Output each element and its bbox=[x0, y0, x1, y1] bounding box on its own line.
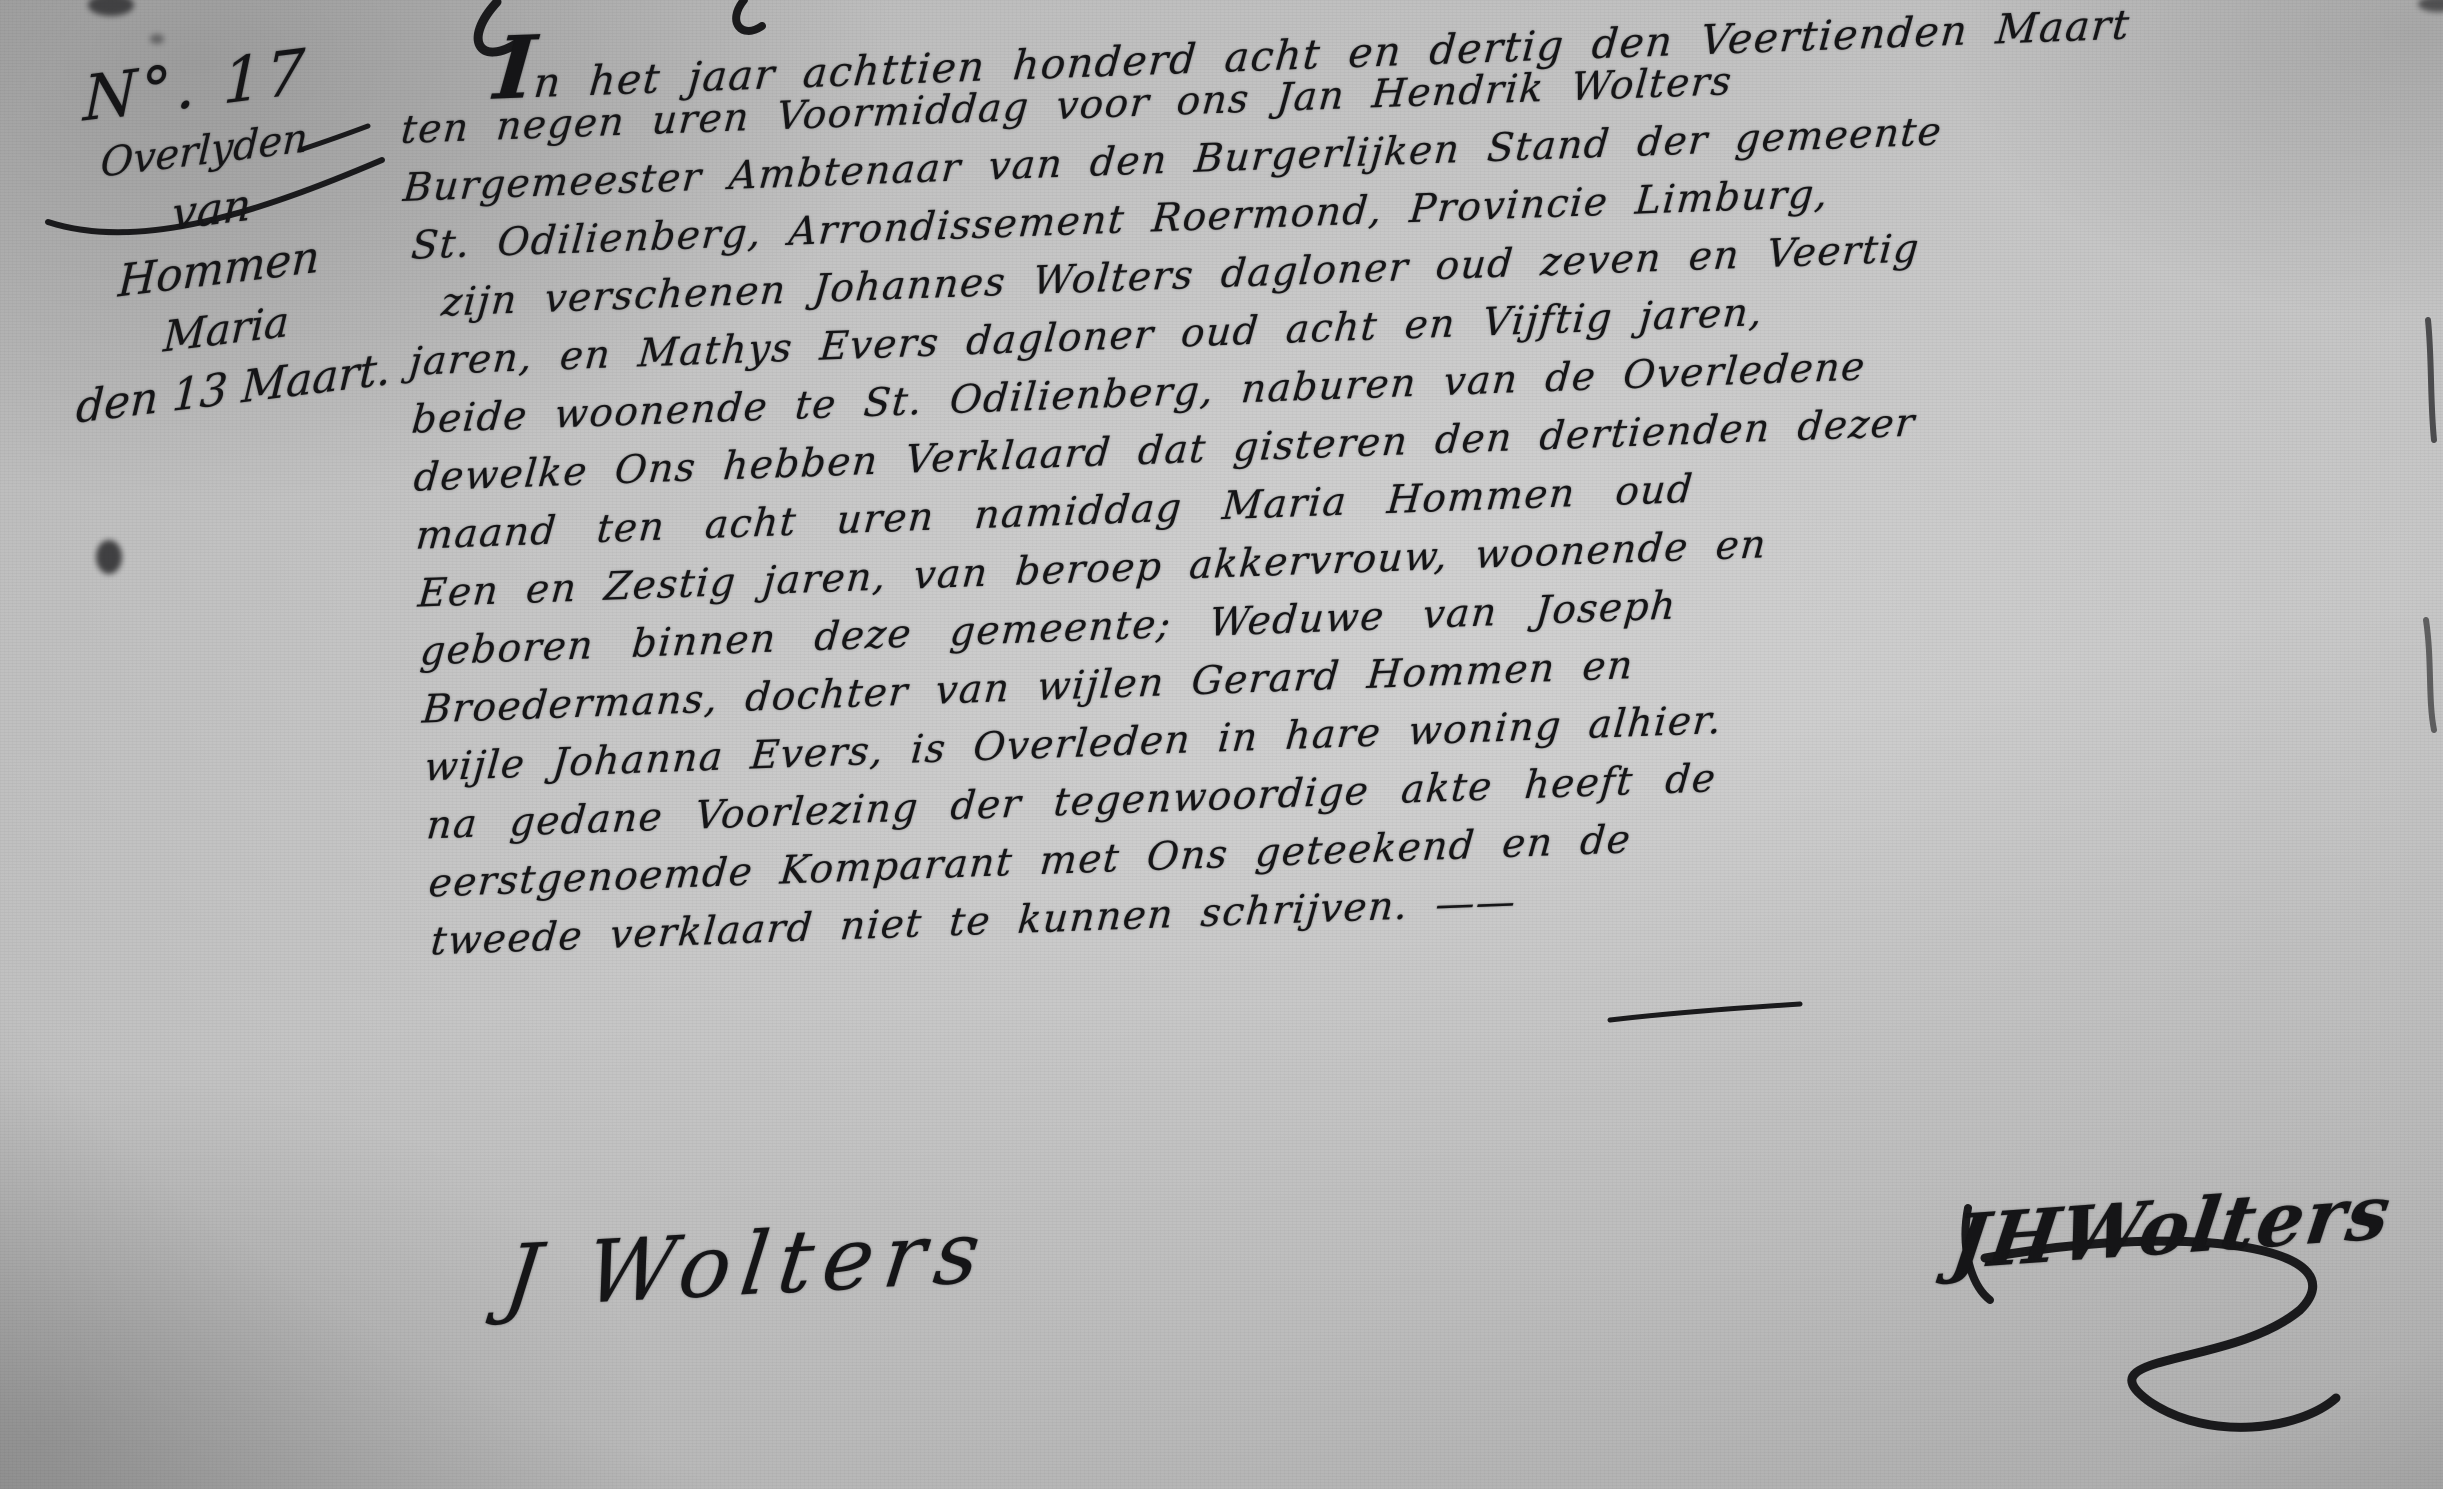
official-signature: JHWolters bbox=[1946, 1169, 2397, 1287]
margin-annotation: N°. 17 Overlyden van Hommen Maria den 13… bbox=[18, 27, 411, 440]
manuscript-body: In het jaar achttien honderd acht en der… bbox=[398, 0, 2443, 971]
witness-signature: J Wolters bbox=[499, 1202, 995, 1328]
ink-blot bbox=[150, 34, 164, 44]
ink-blot bbox=[96, 540, 122, 574]
scanned-death-record-page: { "doc": { "kind_label": "handwritten de… bbox=[0, 0, 2443, 1489]
ink-blot bbox=[88, 0, 134, 16]
